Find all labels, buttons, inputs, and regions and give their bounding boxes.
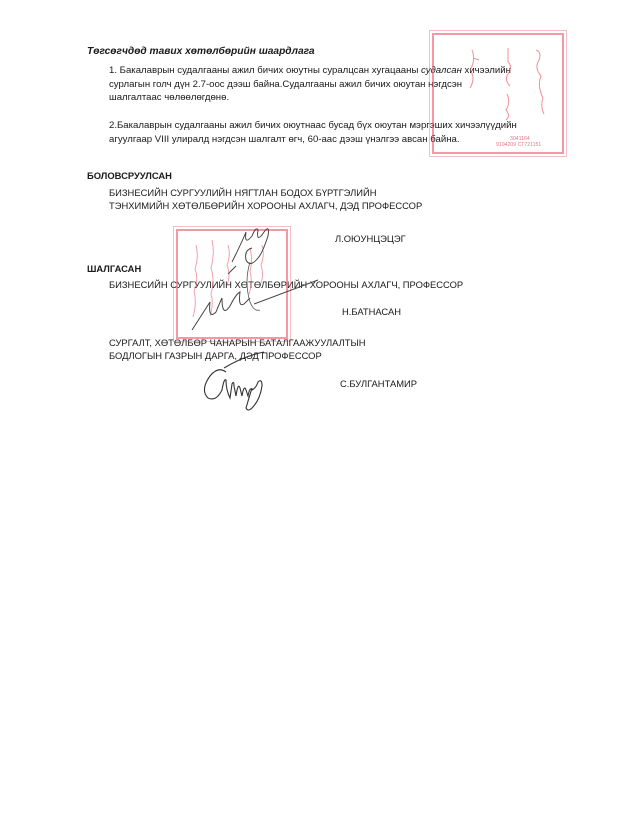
position-line: БОДЛОГЫН ГАЗРЫН ДАРГА, ДЭД ПРОФЕССОР — [109, 349, 366, 362]
requirements-heading: Төгсөгчдөд тавих хөтөлбөрийн шаардлага — [87, 46, 315, 57]
stamp-code-line: 9104209 СТ721151 — [496, 142, 541, 148]
position-line: ТЭНХИМИЙН ХӨТӨЛБӨРИЙН ХОРООНЫ АХЛАГЧ, ДЭ… — [109, 199, 422, 212]
official-stamp-2 — [176, 229, 288, 339]
position-line: БИЗНЕСИЙН СУРГУУЛИЙН НЯГТЛАН БОДОХ БҮРТГ… — [109, 186, 422, 199]
prepared-by-label: БОЛОВСРУУЛСАН — [87, 170, 172, 181]
quality-director-name: С.БУЛГАНТАМИР — [340, 378, 417, 389]
prepared-by-name: Л.ОЮУНЦЭЦЭГ — [335, 233, 406, 244]
text-segment: 1. Бакалаврын судалгааны ажил бичих оюут… — [109, 65, 421, 76]
document-page: Төгсөгчдөд тавих хөтөлбөрийн шаардлага 1… — [0, 0, 620, 834]
official-stamp-1: 3041164 9104209 СТ721151 — [432, 33, 564, 154]
prepared-by-position: БИЗНЕСИЙН СУРГУУЛИЙН НЯГТЛАН БОДОХ БҮРТГ… — [109, 186, 422, 212]
checked-by-label: ШАЛГАСАН — [87, 263, 141, 274]
checked-by-name: Н.БАТНАСАН — [342, 306, 401, 317]
quality-director-position: СУРГАЛТ, ХӨТӨЛБӨР ЧАНАРЫН БАТАЛГААЖУУЛАЛ… — [109, 336, 366, 362]
